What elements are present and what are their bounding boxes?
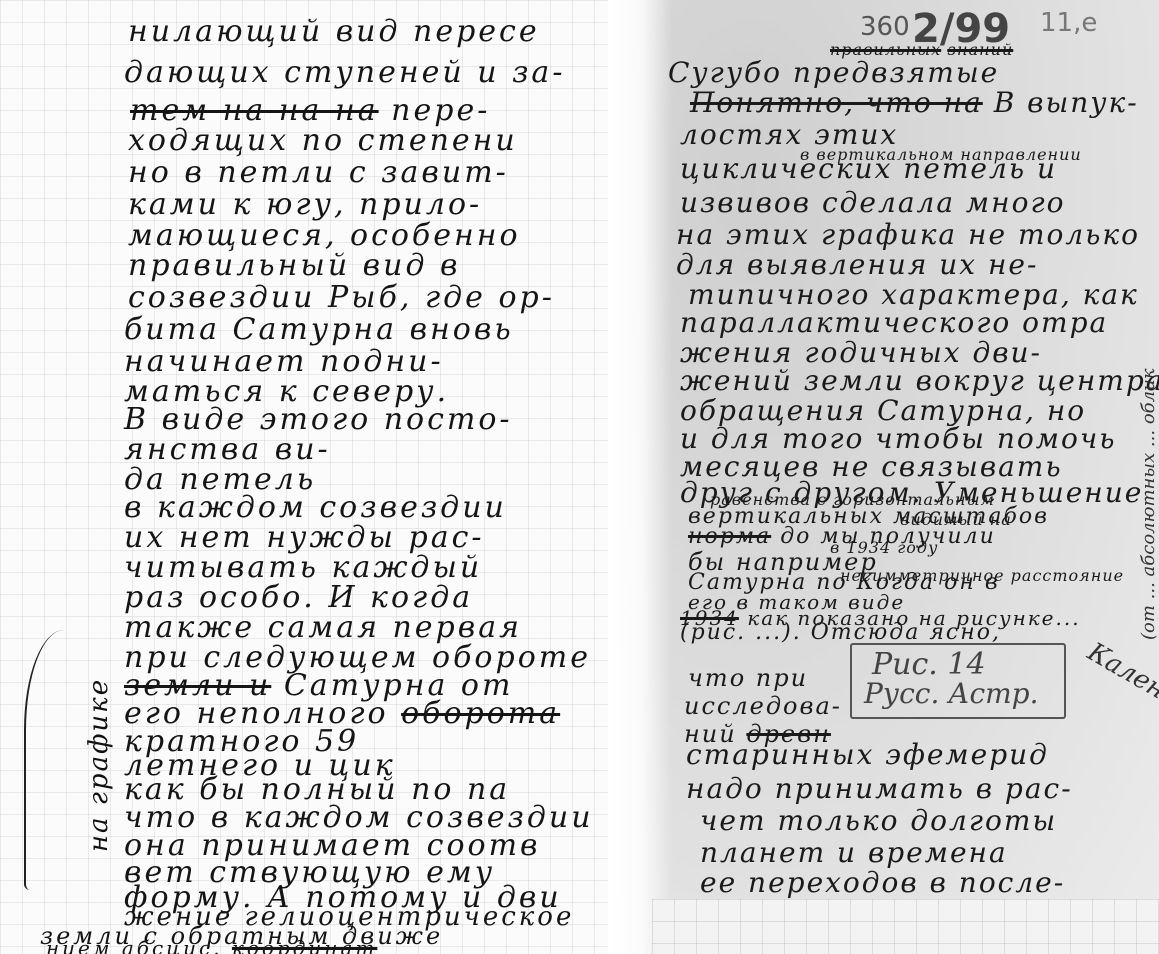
right-insertion: равенства с горизонтальным: [710, 490, 995, 509]
right-line-5: извивов сделала много: [680, 186, 1065, 219]
right-line-28: чет только долготы: [700, 804, 1057, 837]
line-text: В выпук-: [994, 86, 1139, 119]
right-line-4: циклических петель и: [680, 152, 1057, 185]
left-line-4: ходящих по степени: [128, 123, 518, 158]
right-line-1: Сугубо предвзятые: [668, 56, 999, 89]
right-line-23: что при: [688, 664, 808, 692]
left-line-33: нием абсцис. координат: [46, 936, 377, 954]
left-line-6: ками к югу, прило-: [128, 187, 482, 222]
figure-reference-box: Рис. 14 Русс. Астр.: [850, 643, 1066, 719]
right-line-30: ее переходов в после-: [700, 866, 1065, 899]
right-line-7: для выявления их не-: [676, 248, 1038, 281]
right-line-27: надо принимать в рас-: [686, 772, 1073, 805]
line-text: нием абсцис.: [46, 936, 223, 954]
right-margin-vertical-note: (от ... абсолютных ... облик: [1138, 369, 1159, 640]
figure-reference-line-2: Русс. Астр.: [864, 677, 1039, 710]
struck-text: оборота: [401, 696, 560, 731]
left-line-2: дающих ступеней и за-: [124, 55, 565, 90]
grid-paper-strip: [652, 899, 1159, 954]
right-line-29: планет и времена: [700, 836, 1008, 869]
margin-note-text: на графике: [84, 678, 114, 852]
right-line-6: на этих графика не только: [676, 218, 1140, 251]
right-line-22: (рис. ...). Отсюда ясно,: [680, 620, 1001, 645]
left-line-1: нилающий вид пересе: [128, 14, 540, 49]
right-line-26: старинных эфемерид: [686, 738, 1049, 771]
right-line-24: исследова-: [684, 692, 842, 720]
page-number-stamp: 11,e: [1040, 8, 1097, 38]
struck-text: координат: [232, 936, 377, 954]
left-line-9: созвездии Рыб, где ор-: [128, 280, 555, 315]
page-number-stamp: 360: [860, 12, 910, 42]
left-line-10: бита Сатурна вновь: [124, 312, 514, 347]
right-line-2: Понятно, что на В выпук-: [690, 86, 1139, 119]
left-line-5: но в петли с завит-: [128, 155, 509, 190]
left-manuscript-page: нилающий вид пересе дающих ступеней и за…: [0, 0, 608, 954]
left-line-8: правильный вид в: [128, 248, 460, 283]
struck-text: Понятно, что на: [690, 86, 983, 119]
right-line-9: параллактического отра: [680, 306, 1108, 339]
struck-text: норма: [688, 524, 771, 549]
right-line-11: жений земли вокруг центра: [680, 364, 1159, 397]
left-margin-bracket-note: на графике: [24, 630, 70, 890]
